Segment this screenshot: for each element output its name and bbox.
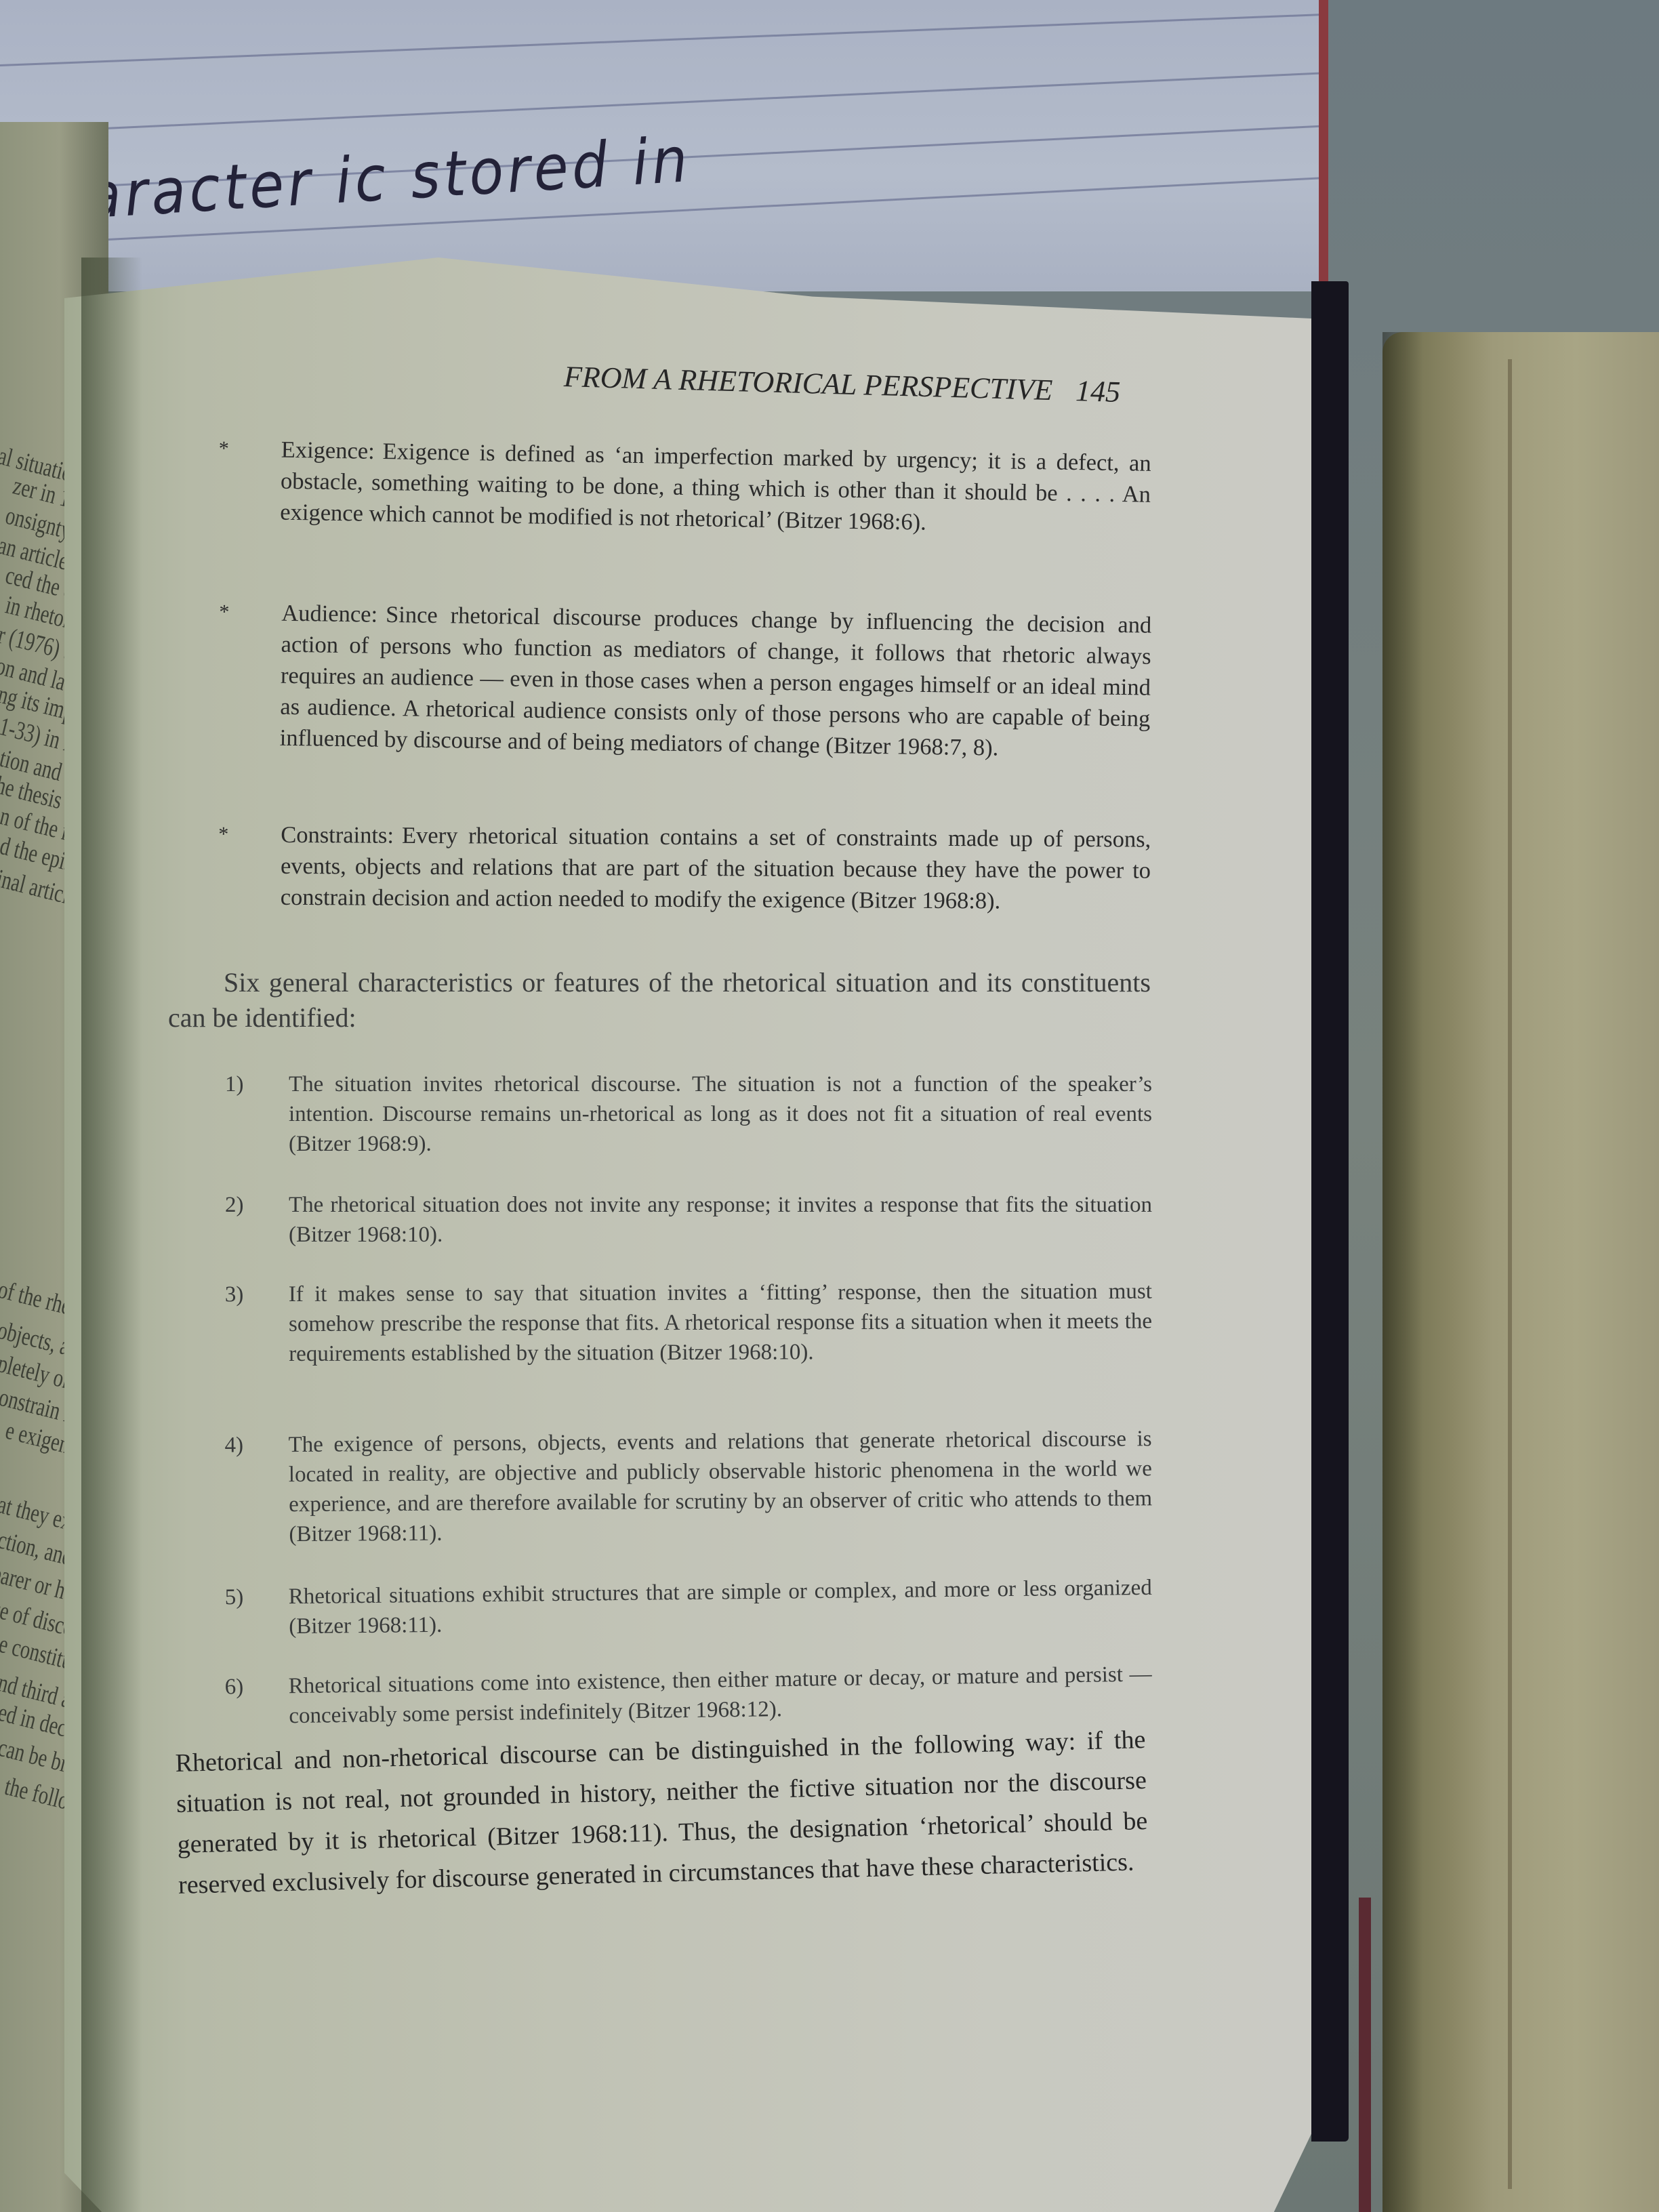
bullet-exigence: * Exigence:Exigence is defined as ‘an im… [215, 433, 1151, 541]
list-text: Rhetorical situations come into existenc… [288, 1659, 1152, 1731]
bullet-text: Every rhetorical situation contains a se… [281, 823, 1151, 914]
list-number: 3) [225, 1279, 289, 1369]
list-text: The exigence of persons, objects, events… [288, 1424, 1152, 1549]
page-content: FROM A RHETORICAL PERSPECTIVE145 * Exige… [0, 0, 1659, 2212]
bullet-marker: * [216, 433, 281, 466]
bullet-marker: * [216, 819, 281, 851]
running-head-title: FROM A RHETORICAL PERSPECTIVE [563, 360, 1053, 407]
list-text: If it makes sense to say that situation … [289, 1277, 1152, 1369]
bullet-term: Exigence: [281, 437, 375, 464]
bullet-text: Since rhetorical discourse produces chan… [280, 602, 1152, 761]
characteristic-4: 4) The exigence of persons, objects, eve… [224, 1424, 1152, 1550]
running-head: FROM A RHETORICAL PERSPECTIVE145 [563, 359, 1121, 409]
lead-paragraph-text: Six general characteristics or features … [168, 967, 1151, 1033]
characteristic-5: 5) Rhetorical situations exhibit structu… [225, 1573, 1153, 1642]
list-text: Rhetorical situations exhibit structures… [289, 1573, 1153, 1641]
lead-paragraph: Six general characteristics or features … [168, 965, 1151, 1036]
list-number: 4) [224, 1430, 289, 1550]
characteristic-1: 1) The situation invites rhetorical disc… [225, 1069, 1152, 1159]
list-number: 5) [225, 1582, 289, 1642]
closing-paragraph: Rhetorical and non-rhetorical discourse … [175, 1719, 1149, 1906]
characteristic-3: 3) If it makes sense to say that situati… [225, 1277, 1152, 1370]
bullet-marker: * [216, 596, 282, 628]
bullet-term: Audience: [281, 600, 377, 628]
list-text: The rhetorical situation does not invite… [289, 1190, 1152, 1250]
list-text: The situation invites rhetorical discour… [289, 1069, 1152, 1159]
bullet-audience: * Audience:Since rhetorical discourse pr… [214, 596, 1151, 765]
page-number: 145 [1076, 374, 1121, 409]
characteristic-2: 2) The rhetorical situation does not inv… [225, 1190, 1152, 1250]
bullet-text: Exigence is defined as ‘an imperfection … [280, 438, 1151, 535]
list-number: 1) [225, 1069, 289, 1159]
characteristic-6: 6) Rhetorical situations come into exist… [224, 1659, 1152, 1732]
list-number: 6) [224, 1671, 289, 1732]
list-number: 2) [225, 1190, 289, 1250]
bullet-constraints: * Constraints:Every rhetorical situation… [216, 819, 1151, 917]
bullet-term: Constraints: [281, 822, 394, 848]
